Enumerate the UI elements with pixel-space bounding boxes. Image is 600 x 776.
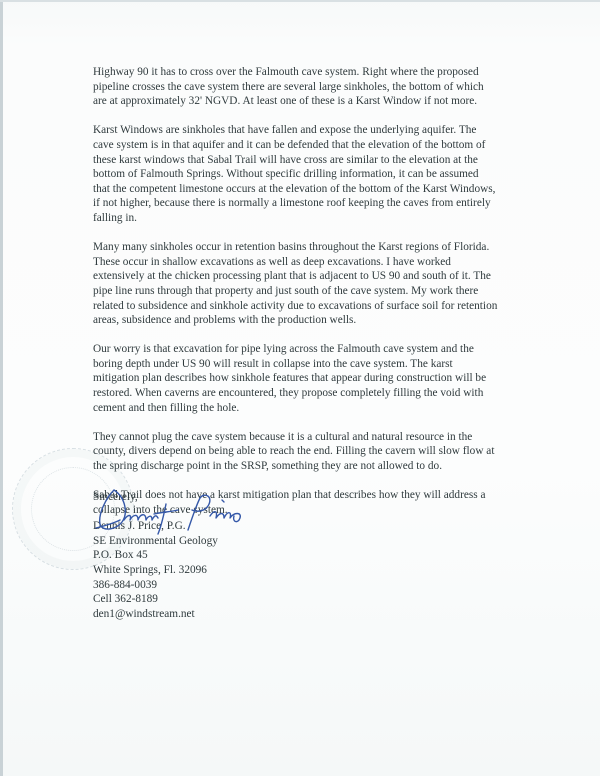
text-line: the spring discharge point in the SRSP, … (93, 459, 533, 474)
text-line: are at approximately 32' NGVD. At least … (93, 94, 533, 109)
paragraph-our-worry: Our worry is that excavation for pipe ly… (93, 342, 533, 415)
paragraph-falmouth-crossing: Highway 90 it has to cross over the Falm… (93, 65, 533, 109)
text-line: cement and then filling the hole. (93, 401, 533, 416)
text-line: bottom of Falmouth Springs. Without spec… (93, 167, 533, 182)
letter-body: Highway 90 it has to cross over the Falm… (93, 65, 533, 532)
text-line: areas, subsidence and problems with the … (93, 313, 533, 328)
text-line: These occur in shallow excavations as we… (93, 255, 533, 270)
text-line: Highway 90 it has to cross over the Falm… (93, 65, 533, 80)
phone-number: 386-884-0039 (93, 578, 218, 593)
email-address: den1@windstream.net (93, 607, 218, 622)
handwritten-signature (92, 484, 272, 536)
city-state-zip: White Springs, Fl. 32096 (93, 563, 218, 578)
text-line: pipe line runs through that property and… (93, 284, 533, 299)
cell-number: Cell 362-8189 (93, 592, 218, 607)
text-line: Many many sinkholes occur in retention b… (93, 240, 533, 255)
paragraph-cannot-plug: They cannot plug the cave system because… (93, 430, 533, 474)
text-line: these karst windows that Sabal Trail wil… (93, 153, 533, 168)
text-line: mitigation plan describes how sinkhole f… (93, 371, 533, 386)
text-line: restored. When caverns are encountered, … (93, 386, 533, 401)
text-line: They cannot plug the cave system because… (93, 430, 533, 445)
text-line: county, divers depend on being able to r… (93, 444, 533, 459)
text-line: falling in. (93, 211, 533, 226)
text-line: cave system is in that aquifer and it ca… (93, 138, 533, 153)
text-line: Our worry is that excavation for pipe ly… (93, 342, 533, 357)
text-line: if not higher, because there is normally… (93, 196, 533, 211)
text-line: that the competent limestone occurs at t… (93, 182, 533, 197)
text-line: pipeline crosses the cave system there a… (93, 80, 533, 95)
scanned-letter-page: Highway 90 it has to cross over the Falm… (0, 0, 600, 776)
po-box: P.O. Box 45 (93, 548, 218, 563)
paragraph-karst-windows: Karst Windows are sinkholes that have fa… (93, 123, 533, 225)
text-line: extensively at the chicken processing pl… (93, 269, 533, 284)
text-line: Karst Windows are sinkholes that have fa… (93, 123, 533, 138)
text-line: boring depth under US 90 will result in … (93, 357, 533, 372)
paragraph-retention-basins: Many many sinkholes occur in retention b… (93, 240, 533, 328)
text-line: related to subsidence and sinkhole activ… (93, 299, 533, 314)
